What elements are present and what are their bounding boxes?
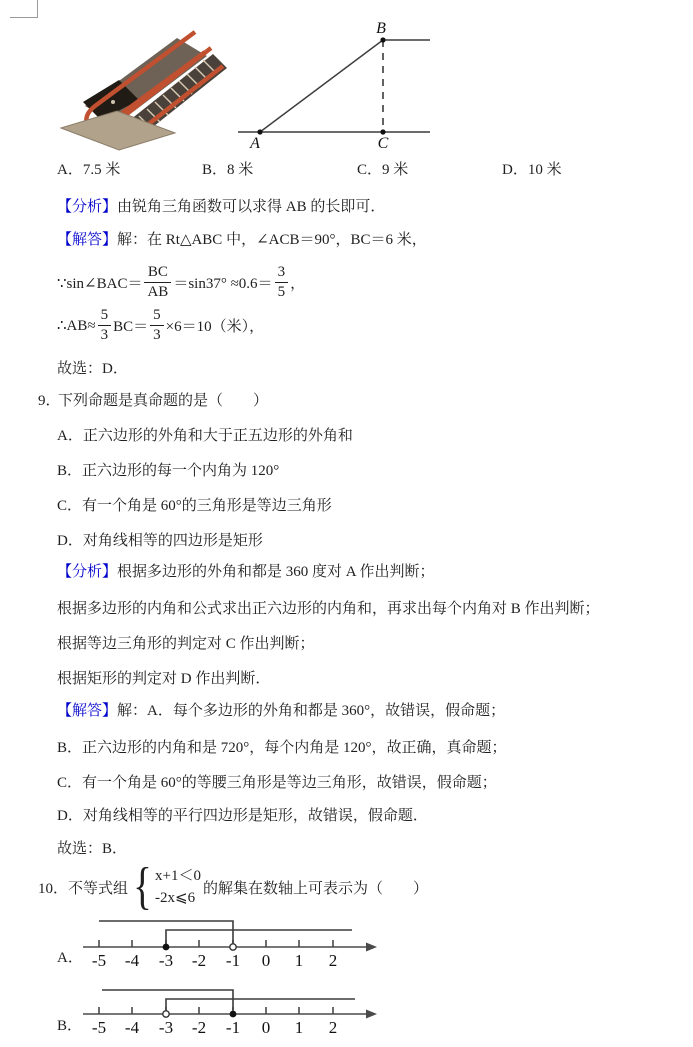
q10-pre-text: 不等式组 xyxy=(68,877,128,898)
svg-text:-3: -3 xyxy=(159,951,173,970)
fraction-numerator: BC xyxy=(144,264,171,283)
inequality-system: x+1＜0 -2x⩽6 xyxy=(155,865,201,909)
q8-answer-line: 【解答】解：在 Rt△ABC 中，∠ACB＝90°，BC＝6 米， xyxy=(57,230,427,250)
point-b-label: B xyxy=(376,20,386,37)
q9-question-text: 下列命题是真命题的是（ ） xyxy=(58,391,268,411)
analysis-label: 【分析】 xyxy=(57,199,117,215)
formula1-middle: ＝sin37° ≈0.6＝ xyxy=(173,272,272,293)
tick-marks xyxy=(99,1007,333,1014)
page-corner-mark-vertical xyxy=(37,0,38,17)
hypotenuse-ab xyxy=(260,40,383,132)
tick-labels: -5-4 -3-2 -10 12 xyxy=(92,951,337,970)
point-c-label: C xyxy=(378,135,389,148)
fraction-denominator: 3 xyxy=(150,326,164,344)
q10-question-row: 10． 不等式组 { x+1＜0 -2x⩽6 的解集在数轴上可表示为（ ） xyxy=(38,860,428,914)
numberline-option-b: -5-4 -3-2 -10 12 xyxy=(78,983,380,1041)
svg-text:2: 2 xyxy=(329,1018,338,1037)
svg-text:-4: -4 xyxy=(125,1018,140,1037)
open-circle-at-minus1 xyxy=(230,944,236,950)
escalator-detail-dot xyxy=(111,100,115,104)
point-a-dot xyxy=(257,129,262,134)
svg-text:-5: -5 xyxy=(92,951,106,970)
q8-conclusion: 故选：D． xyxy=(57,359,128,379)
closed-circle-at-minus1 xyxy=(230,1011,237,1018)
svg-text:1: 1 xyxy=(295,1018,304,1037)
q8-choice-b: B．8 米 xyxy=(202,160,253,180)
svg-text:-2: -2 xyxy=(192,1018,206,1037)
closed-circle-at-minus3 xyxy=(163,944,170,951)
fraction-numerator: 5 xyxy=(98,307,112,326)
q9-conclusion: 故选：B． xyxy=(57,839,127,859)
q8-analysis-line: 【分析】由锐角三角函数可以求得 AB 的长即可． xyxy=(57,197,385,217)
q9-answer-line-1: 【解答】解：A．每个多边形的外角和都是 360°，故错误，假命题； xyxy=(57,701,505,721)
svg-text:-3: -3 xyxy=(159,1018,173,1037)
fraction-bc-ab: BCAB xyxy=(144,264,171,301)
q9-analysis-line-1: 【分析】根据多边形的外角和都是 360 度对 A 作出判断； xyxy=(57,562,435,582)
analysis-label: 【分析】 xyxy=(57,564,117,580)
q9-option-c: C．有一个角是 60°的三角形是等边三角形 xyxy=(57,496,332,516)
document-page: B A C A．7.5 米 B．8 米 C．9 米 D．10 米 【分析】由锐角… xyxy=(0,0,693,1047)
svg-text:-1: -1 xyxy=(226,951,240,970)
q9-answer-line-2: B．正六边形的内角和是 720°，每个内角是 120°，故正确，真命题； xyxy=(57,738,507,758)
inequality-2: -2x⩽6 xyxy=(155,887,201,909)
q10-post-text: 的解集在数轴上可表示为（ ） xyxy=(203,877,428,898)
triangle-diagram: B A C xyxy=(235,20,433,148)
svg-text:-5: -5 xyxy=(92,1018,106,1037)
page-corner-mark-horizontal xyxy=(10,17,38,18)
fraction-numerator: 5 xyxy=(150,307,164,326)
formula2-end: ×6＝10（米）， xyxy=(166,315,264,336)
fraction-5-3: 53 xyxy=(150,307,164,344)
q9-analysis-line-4: 根据矩形的判定对 D 作出判断． xyxy=(57,669,270,689)
q9-answer-line-3: C．有一个角是 60°的等腰三角形是等边三角形，故错误，假命题； xyxy=(57,773,497,793)
q8-choice-a: A．7.5 米 xyxy=(57,160,120,180)
answer-label: 【解答】 xyxy=(57,232,117,248)
q8-formula-result: ∴AB≈ 53 BC＝ 53 ×6＝10（米）， xyxy=(57,301,264,349)
point-a-label: A xyxy=(249,135,260,148)
q9-analysis-line-3: 根据等边三角形的判定对 C 作出判断； xyxy=(57,634,315,654)
q8-analysis-text: 由锐角三角函数可以求得 AB 的长即可． xyxy=(117,199,385,215)
fraction-denominator: 3 xyxy=(98,326,112,344)
q9-analysis-line-2: 根据多边形的内角和公式求出正六边形的内角和，再求出每个内角对 B 作出判断； xyxy=(57,599,600,619)
axis-arrowhead xyxy=(366,1010,377,1019)
q9-option-a: A．正六边形的外角和大于正五边形的外角和 xyxy=(57,426,353,446)
axis-arrowhead xyxy=(366,943,377,952)
formula2-middle: BC＝ xyxy=(113,315,148,336)
point-b-dot xyxy=(380,37,385,42)
formula2-prefix: ∴AB≈ xyxy=(57,316,96,335)
formula1-prefix: ∵sin∠BAC＝ xyxy=(57,272,142,293)
q9-option-b: B．正六边形的每一个内角为 120° xyxy=(57,461,279,481)
q8-choice-d: D．10 米 xyxy=(502,160,562,180)
svg-text:-4: -4 xyxy=(125,951,140,970)
q8-formula-sine: ∵sin∠BAC＝ BCAB ＝sin37° ≈0.6＝ 35 ， xyxy=(57,258,305,306)
fraction-denominator: 5 xyxy=(275,283,289,301)
answer-label: 【解答】 xyxy=(57,703,117,719)
solution-line-right-closed xyxy=(166,930,352,946)
svg-text:1: 1 xyxy=(295,951,304,970)
q8-choice-c: C．9 米 xyxy=(357,160,408,180)
q9-answer-line-4: D．对角线相等的平行四边形是矩形，故错误，假命题． xyxy=(57,806,428,826)
svg-text:0: 0 xyxy=(262,1018,271,1037)
fraction-denominator: AB xyxy=(144,283,171,301)
solution-line-left-closed xyxy=(102,990,233,1010)
svg-text:2: 2 xyxy=(329,951,338,970)
q9-answer-text-1: 解：A．每个多边形的外角和都是 360°，故错误，假命题； xyxy=(117,703,505,719)
q8-answer-intro: 解：在 Rt△ABC 中，∠ACB＝90°，BC＝6 米， xyxy=(117,232,427,248)
solution-line-right-open xyxy=(166,999,355,1010)
formula1-end: ， xyxy=(290,272,305,293)
svg-text:-2: -2 xyxy=(192,951,206,970)
q9-option-d: D．对角线相等的四边形是矩形 xyxy=(57,531,263,551)
fraction-5-3: 53 xyxy=(98,307,112,344)
numberline-option-a: -5-4 -3-2 -10 12 xyxy=(78,915,380,973)
tick-labels: -5-4 -3-2 -10 12 xyxy=(92,1018,337,1037)
system-brace: { xyxy=(133,861,152,913)
point-c-dot xyxy=(380,129,385,134)
svg-text:-1: -1 xyxy=(226,1018,240,1037)
inequality-1: x+1＜0 xyxy=(155,865,201,887)
q9-analysis-text-1: 根据多边形的外角和都是 360 度对 A 作出判断； xyxy=(117,564,435,580)
open-circle-at-minus3 xyxy=(163,1011,169,1017)
q10-number: 10． xyxy=(38,877,68,898)
escalator-figure xyxy=(55,16,235,154)
tick-marks xyxy=(99,940,333,947)
fraction-numerator: 3 xyxy=(275,264,289,283)
svg-text:0: 0 xyxy=(262,951,271,970)
fraction-3-5: 35 xyxy=(275,264,289,301)
